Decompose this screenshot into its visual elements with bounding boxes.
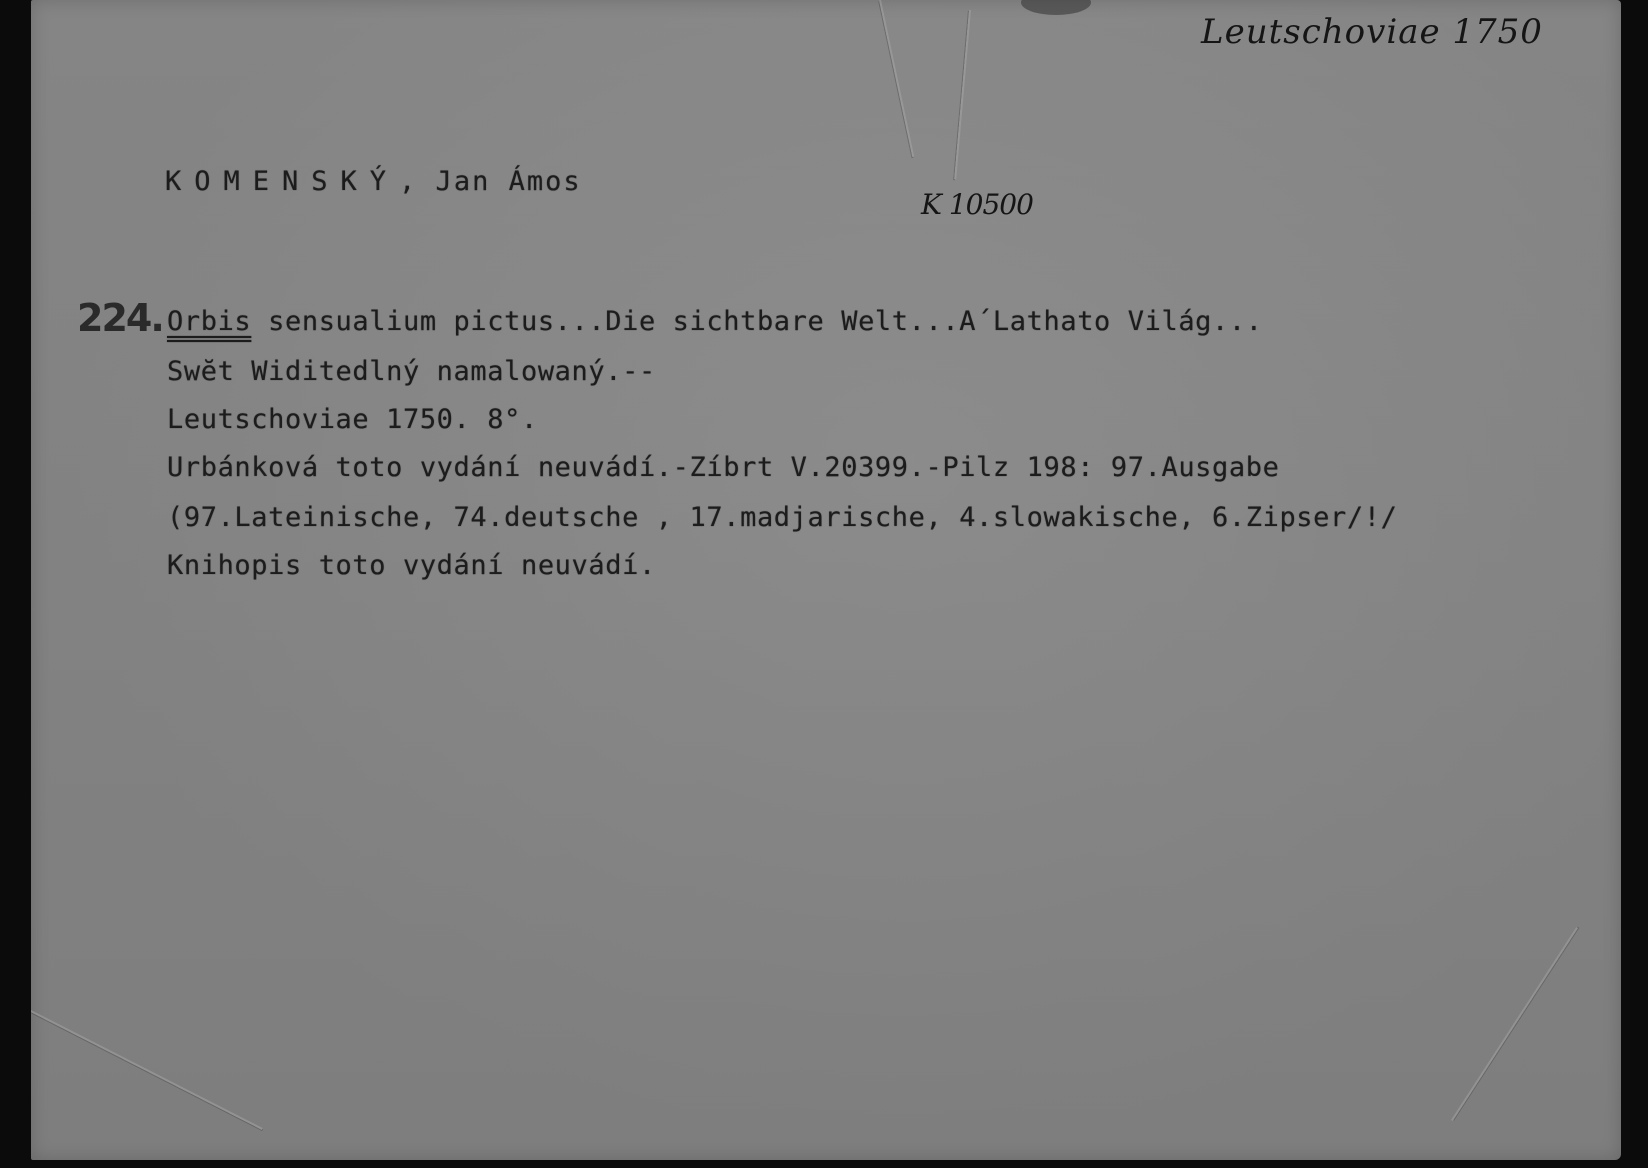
entry-number: 224. [77,296,163,340]
paper-crease [954,10,971,180]
paper-crease [1451,927,1578,1121]
catalog-card: Leutschoviae 1750 KOMENSKÝ, Jan Ámos K 1… [31,0,1621,1160]
note-line-3: Knihopis toto vydání neuvádí. [167,550,656,581]
author-surname: KOMENSKÝ [165,166,399,197]
paper-crease [31,1010,263,1130]
author-given-names: , Jan Ámos [399,166,582,197]
scanned-catalog-card-image: Leutschoviae 1750 KOMENSKÝ, Jan Ámos K 1… [0,0,1648,1168]
note-line-2: (97.Lateinische, 74.deutsche , 17.madjar… [167,502,1397,533]
title-text: Swĕt Widitedlný namalowaný.-- [167,356,656,387]
title-keyword: Orbis [167,306,251,337]
title-text: sensualium pictus...Die sichtbare Welt..… [251,306,1262,337]
handwritten-place-date: Leutschoviae 1750 [1201,12,1543,52]
note-line-1: Urbánková toto vydání neuvádí.-Zíbrt V.2… [167,452,1279,483]
paper-tear [1021,0,1091,15]
title-line-1: Orbis sensualium pictus...Die sichtbare … [167,306,1263,337]
author-heading: KOMENSKÝ, Jan Ámos [165,166,582,197]
paper-crease [879,0,914,157]
title-line-2: Swĕt Widitedlný namalowaný.-- [167,356,656,387]
imprint-line: Leutschoviae 1750. 8°. [167,404,538,435]
handwritten-call-number: K 10500 [921,188,1033,221]
